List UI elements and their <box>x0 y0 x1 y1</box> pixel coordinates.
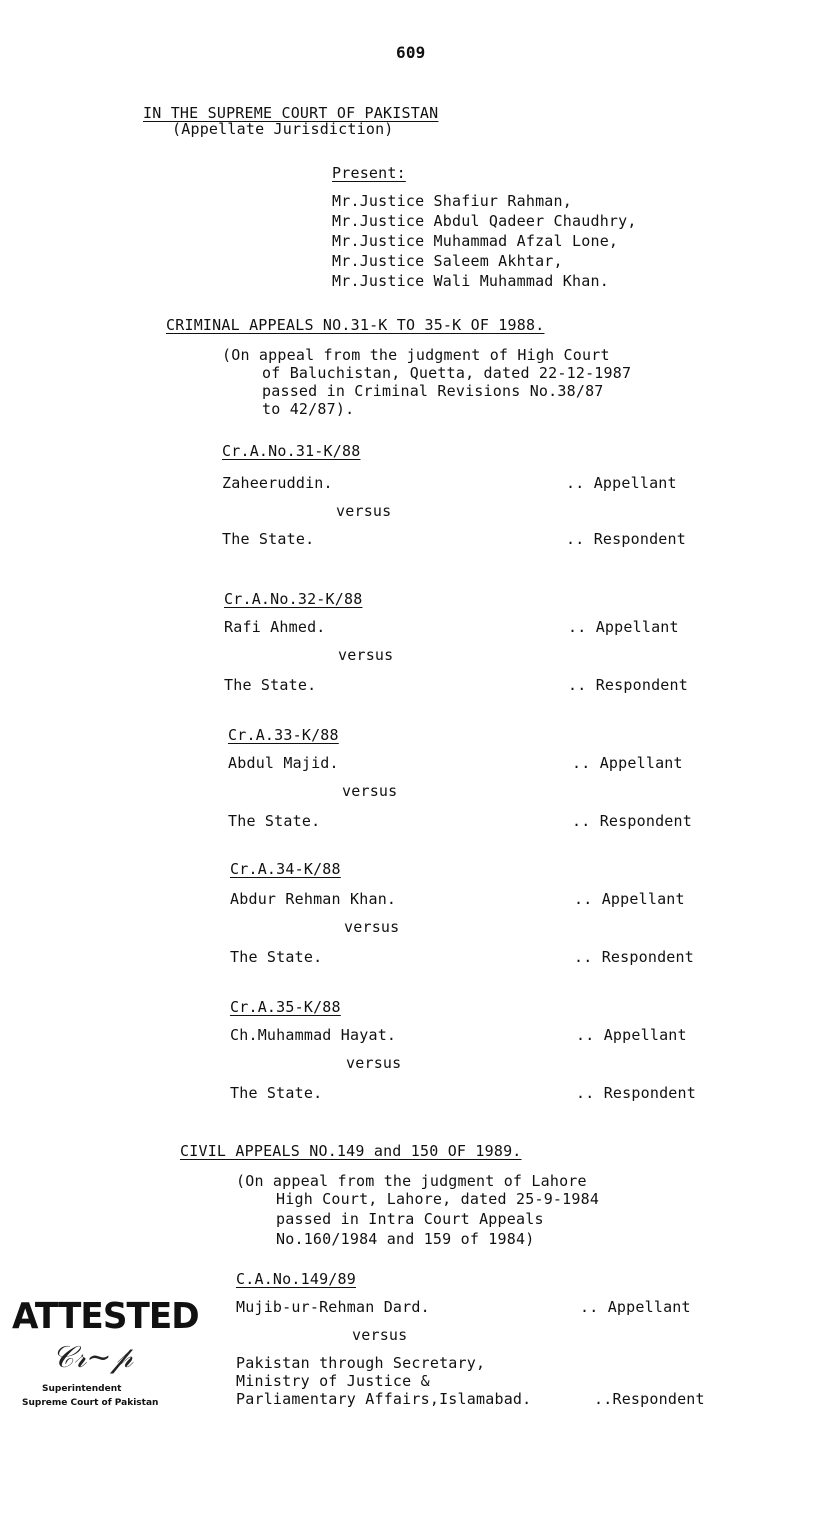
respondent-role: .. Respondent <box>576 1084 696 1102</box>
bench-label: Present: <box>332 164 406 182</box>
case-number: Cr.A.35-K/88 <box>230 998 341 1016</box>
stamp-title: ATTESTED <box>12 1296 199 1337</box>
case-number: Cr.A.No.32-K/88 <box>224 590 362 608</box>
respondent-name: The State. <box>230 1084 322 1102</box>
appellant-name: Ch.Muhammad Hayat. <box>230 1026 396 1044</box>
respondent-role: .. Respondent <box>566 530 686 548</box>
stamp-office: Supreme Court of Pakistan <box>22 1398 158 1408</box>
versus-label: versus <box>346 1054 401 1072</box>
appellant-name: Rafi Ahmed. <box>224 618 326 636</box>
criminal-note-1: (On appeal from the judgment of High Cou… <box>222 346 610 364</box>
appellant-role: .. Appellant <box>576 1026 687 1044</box>
appellant-role: .. Appellant <box>568 618 679 636</box>
civil-versus-label: versus <box>352 1326 407 1344</box>
civil-case-number: C.A.No.149/89 <box>236 1270 356 1288</box>
civil-note-4: No.160/1984 and 159 of 1984) <box>276 1230 534 1248</box>
attested-stamp: ATTESTED 𝒞𝓇~𝓅 Superintendent Supreme Cou… <box>12 1296 202 1416</box>
respondent-name: The State. <box>224 676 316 694</box>
civil-respondent-line-3: Parliamentary Affairs,Islamabad. <box>236 1390 531 1408</box>
civil-note-2: High Court, Lahore, dated 25-9-1984 <box>276 1190 599 1208</box>
appellant-name: Abdur Rehman Khan. <box>230 890 396 908</box>
stamp-designation: Superintendent <box>42 1384 121 1394</box>
civil-respondent-line-1: Pakistan through Secretary, <box>236 1354 485 1372</box>
versus-label: versus <box>336 502 391 520</box>
criminal-heading: CRIMINAL APPEALS NO.31-K TO 35-K OF 1988… <box>166 316 544 334</box>
civil-appellant-name: Mujib-ur-Rehman Dard. <box>236 1298 430 1316</box>
civil-appellant-role: .. Appellant <box>580 1298 691 1316</box>
court-jurisdiction: (Appellate Jurisdiction) <box>172 120 394 138</box>
civil-note-3: passed in Intra Court Appeals <box>276 1210 544 1228</box>
judge-2: Mr.Justice Abdul Qadeer Chaudhry, <box>332 212 637 230</box>
appellant-role: .. Appellant <box>572 754 683 772</box>
versus-label: versus <box>342 782 397 800</box>
civil-respondent-line-2: Ministry of Justice & <box>236 1372 430 1390</box>
page-number: 609 <box>396 44 426 62</box>
versus-label: versus <box>338 646 393 664</box>
judge-4: Mr.Justice Saleem Akhtar, <box>332 252 563 270</box>
respondent-name: The State. <box>222 530 314 548</box>
signature-mark: 𝒞𝓇~𝓅 <box>52 1340 133 1375</box>
criminal-note-2: of Baluchistan, Quetta, dated 22-12-1987 <box>262 364 631 382</box>
appellant-name: Abdul Majid. <box>228 754 339 772</box>
respondent-role: .. Respondent <box>568 676 688 694</box>
versus-label: versus <box>344 918 399 936</box>
respondent-name: The State. <box>228 812 320 830</box>
civil-note-1: (On appeal from the judgment of Lahore <box>236 1172 587 1190</box>
respondent-role: .. Respondent <box>572 812 692 830</box>
case-number: Cr.A.No.31-K/88 <box>222 442 360 460</box>
civil-respondent-role: ..Respondent <box>594 1390 705 1408</box>
respondent-role: .. Respondent <box>574 948 694 966</box>
criminal-note-3: passed in Criminal Revisions No.38/87 <box>262 382 604 400</box>
respondent-name: The State. <box>230 948 322 966</box>
case-number: Cr.A.33-K/88 <box>228 726 339 744</box>
appellant-role: .. Appellant <box>566 474 677 492</box>
criminal-note-4: to 42/87). <box>262 400 354 418</box>
appellant-role: .. Appellant <box>574 890 685 908</box>
appellant-name: Zaheeruddin. <box>222 474 333 492</box>
judge-1: Mr.Justice Shafiur Rahman, <box>332 192 572 210</box>
case-number: Cr.A.34-K/88 <box>230 860 341 878</box>
judge-5: Mr.Justice Wali Muhammad Khan. <box>332 272 609 290</box>
civil-heading: CIVIL APPEALS NO.149 and 150 OF 1989. <box>180 1142 522 1160</box>
judge-3: Mr.Justice Muhammad Afzal Lone, <box>332 232 618 250</box>
